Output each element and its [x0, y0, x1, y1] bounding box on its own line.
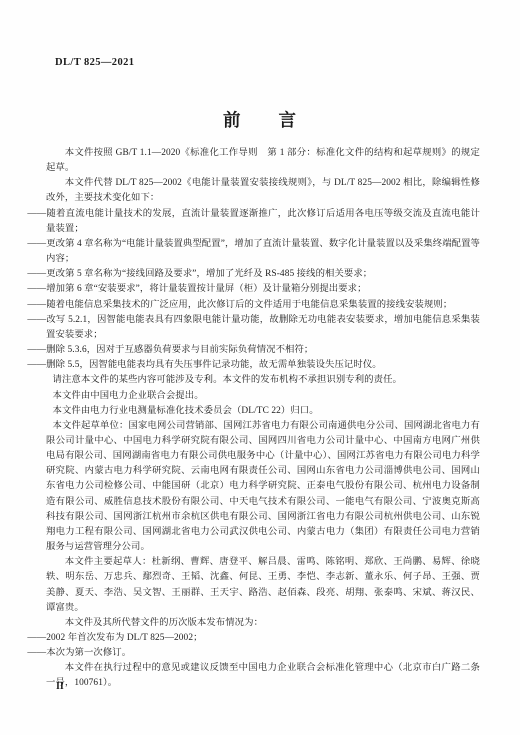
- foreword-proposer: 本文件由中国电力企业联合会提出。: [46, 389, 480, 404]
- page-title: 前 言: [0, 107, 520, 132]
- foreword-drafters: 本文件主要起草人：杜新纲、曹辉、唐登平、解吕晨、雷鸣、陈铭明、郑欣、王尚鹏、易辉…: [46, 555, 480, 616]
- foreword-committee: 本文件由电力行业电测量标准化技术委员会（DL/TC 22）归口。: [46, 404, 480, 419]
- foreword-drafting-organizations: 本文件起草单位：国家电网公司营销部、国网江苏省电力有限公司南通供电分公司、国网湖…: [46, 419, 480, 555]
- document-page: DL/T 825—2021 前 言 本文件按照 GB/T 1.1—2020《标准…: [0, 0, 520, 735]
- foreword-change-item: ——随着直流电能计量技术的发展，直流计量装置逐渐推广，此次修订后适用各电压等级交…: [46, 207, 480, 237]
- foreword-change-item: ——改写 5.2.1，因智能电能表具有四象限电能计量功能，故删除无功电能表安装要…: [46, 313, 480, 343]
- foreword-history-intro: 本文件及其所代替文件的历次版本发布情况为：: [46, 616, 480, 631]
- foreword-feedback-address: 本文件在执行过程中的意见或建议反馈至中国电力企业联合会标准化管理中心（北京市白广…: [46, 661, 480, 691]
- page-number: II: [56, 681, 64, 692]
- foreword-history-item: ——2002 年首次发布为 DL/T 825—2002；: [46, 631, 480, 646]
- foreword-change-item: ——更改第 4 章名称为“电能计量装置典型配置”，增加了直流计量装置、数字化计量…: [46, 237, 480, 267]
- foreword-history-item: ——本次为第一次修订。: [46, 646, 480, 661]
- foreword-change-item: ——删除 5.5，因智能电能表均具有失压事件记录功能，故无需单独装设失压记时仪。: [46, 358, 480, 373]
- foreword-change-item: ——删除 5.3.6，因对于互感器负荷要求与目前实际负荷情况不相符；: [46, 343, 480, 358]
- foreword-change-item: ——随着电能信息采集技术的广泛应用，此次修订后的文件适用于电能信息采集装置的接线…: [46, 298, 480, 313]
- foreword-change-item: ——更改第 5 章名称为“接线回路及要求”，增加了光纤及 RS-485 接线的相…: [46, 267, 480, 282]
- foreword-paragraph: 本文件代替 DL/T 825—2002《电能计量装置安装接线规则》，与 DL/T…: [46, 176, 480, 206]
- foreword-patent-note: 请注意本文件的某些内容可能涉及专利。本文件的发布机构不承担识别专利的责任。: [46, 373, 480, 388]
- foreword-body: 本文件按照 GB/T 1.1—2020《标准化工作导则 第 1 部分：标准化文件…: [46, 146, 480, 692]
- foreword-paragraph: 本文件按照 GB/T 1.1—2020《标准化工作导则 第 1 部分：标准化文件…: [46, 146, 480, 176]
- foreword-change-item: ——增加第 6 章“安装要求”，将计量装置按计量屏（柜）及计量箱分别提出要求；: [46, 282, 480, 297]
- standard-doc-number: DL/T 825—2021: [55, 57, 134, 68]
